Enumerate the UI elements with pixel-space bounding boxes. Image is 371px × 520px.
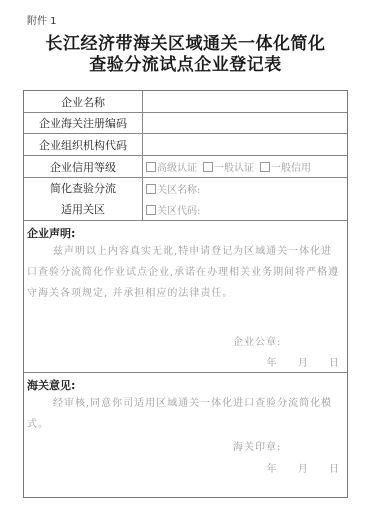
declaration-text: 兹声明以上内容真实无讹,特申请登记为区域通关一体化进口查验分流简化作业试点企业,… [27,241,342,304]
checkbox-icon [260,162,270,172]
checkbox-icon [146,205,156,215]
checkbox-customs-area-code[interactable]: 关区代码: [146,199,200,220]
checkbox-icon [146,184,156,194]
customs-code-field[interactable] [143,113,347,133]
document-title-line2: 查验分流试点企业登记表 [0,50,371,75]
customs-opinion-text: 经审核,同意你司适用区域通关一体化进口查验分流简化模式。 [27,393,342,435]
credit-level-label: 企业信用等级 [24,156,143,177]
row-credit-level: 企业信用等级 高级认证 一般认证 一般信用 [24,156,347,178]
checkbox-customs-area-name[interactable]: 关区名称: [146,178,200,199]
credit-level-options: 高级认证 一般认证 一般信用 [143,156,347,177]
customs-opinion-section: 海关意见: 经审核,同意你司适用区域通关一体化进口查验分流简化模式。 海关印章:… [24,373,347,497]
company-name-field[interactable] [143,91,347,112]
declaration-heading: 企业声明: [27,225,75,241]
customs-code-label: 企业海关注册编码 [24,113,143,133]
customs-opinion-heading: 海关意见: [27,377,75,393]
row-customs-code: 企业海关注册编码 [24,113,347,134]
row-company-name: 企业名称 [24,91,347,113]
company-seal-label: 企业公章: [233,333,281,348]
customs-area-fields: 关区名称: 关区代码: [143,178,347,220]
checkbox-general-cert[interactable]: 一般认证 [203,159,254,174]
org-code-label: 企业组织机构代码 [24,134,143,155]
checkbox-icon [203,162,213,172]
registration-form-table: 企业名称 企业海关注册编码 企业组织机构代码 企业信用等级 高级认证 一般认证 … [23,90,348,498]
company-name-label: 企业名称 [24,91,143,112]
company-declaration-section: 企业声明: 兹声明以上内容真实无讹,特申请登记为区域通关一体化进口查验分流简化作… [24,221,347,373]
checkbox-icon [146,162,156,172]
row-customs-area: 简化查验分流 适用关区 关区名称: 关区代码: [24,178,347,221]
customs-opinion-date: 年 月 日 [267,460,339,475]
attachment-label: 附件 1 [27,12,57,27]
checkbox-general-credit[interactable]: 一般信用 [260,159,311,174]
row-org-code: 企业组织机构代码 [24,134,347,156]
checkbox-advanced-cert[interactable]: 高级认证 [146,159,197,174]
customs-seal-label: 海关印章: [233,438,281,453]
customs-area-label: 简化查验分流 适用关区 [24,178,143,220]
org-code-field[interactable] [143,134,347,155]
declaration-date: 年 月 日 [267,354,339,369]
